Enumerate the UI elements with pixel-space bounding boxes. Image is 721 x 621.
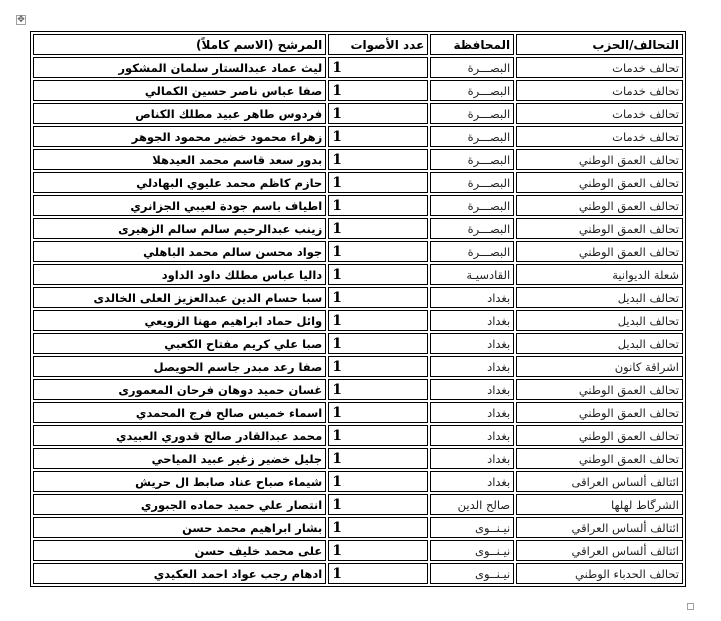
province-cell: نيـنــوى — [430, 540, 514, 561]
alliance-cell: الشرگاط لهلها — [516, 494, 683, 515]
votes-cell: 1 — [328, 57, 428, 78]
province-cell: بغداد — [430, 379, 514, 400]
table-move-handle-icon[interactable]: ✥ — [16, 15, 26, 25]
province-cell: بغداد — [430, 471, 514, 492]
name-cell: بدور سعد قاسم محمد العيدهلا — [33, 149, 326, 170]
table-row: تحالف العمق الوطنيالبصـــرة1حازم كاظم مح… — [33, 172, 683, 193]
table-row: اشراقة كانونبغداد1صفا رعد مبدر جاسم الحو… — [33, 356, 683, 377]
table-row: تحالف خدماتالبصـــرة1زهراء محمود خضير مح… — [33, 126, 683, 147]
table-row: تحالف العمق الوطنيبغداد1جليل خضير زغير ع… — [33, 448, 683, 469]
province-cell: البصـــرة — [430, 103, 514, 124]
alliance-cell: تحالف العمق الوطني — [516, 218, 683, 239]
province-cell: القادسيـة — [430, 264, 514, 285]
province-cell: بغداد — [430, 287, 514, 308]
name-cell: وائل حماد ابراهيم مهنا الزويعي — [33, 310, 326, 331]
alliance-cell: تحالف العمق الوطني — [516, 379, 683, 400]
province-cell: بغداد — [430, 448, 514, 469]
alliance-cell: تحالف خدمات — [516, 103, 683, 124]
name-cell: محمد عبدالقادر صالح قدوري العبيدي — [33, 425, 326, 446]
votes-cell: 1 — [328, 310, 428, 331]
alliance-cell: تحالف العمق الوطني — [516, 172, 683, 193]
alliance-cell: تحالف الحدباء الوطني — [516, 563, 683, 584]
votes-cell: 1 — [328, 425, 428, 446]
province-cell: بغداد — [430, 310, 514, 331]
province-cell: البصـــرة — [430, 241, 514, 262]
name-cell: حازم كاظم محمد عليوي البهادلي — [33, 172, 326, 193]
province-cell: البصـــرة — [430, 195, 514, 216]
votes-cell: 1 — [328, 80, 428, 101]
name-cell: شيماء صباح عناد صابط ال حريش — [33, 471, 326, 492]
province-cell: بغداد — [430, 402, 514, 423]
table-row: تحالف خدماتالبصـــرة1فردوس طاهر عبيد مطل… — [33, 103, 683, 124]
province-cell: البصـــرة — [430, 149, 514, 170]
alliance-cell: تحالف العمق الوطني — [516, 195, 683, 216]
alliance-cell: ائتالف ألساس العراقي — [516, 540, 683, 561]
votes-cell: 1 — [328, 195, 428, 216]
name-cell: على محمد خليف حسن — [33, 540, 326, 561]
alliance-cell: شعلة الديوانية — [516, 264, 683, 285]
province-cell: البصـــرة — [430, 126, 514, 147]
table-row: تحالف العمق الوطنيبغداد1محمد عبدالقادر ص… — [33, 425, 683, 446]
province-cell: نيـنــوى — [430, 517, 514, 538]
table-row: تحالف العمق الوطنيبغداد1اسماء خميس صالح … — [33, 402, 683, 423]
name-cell: ادهام رجب عواد احمد العكيدي — [33, 563, 326, 584]
votes-cell: 1 — [328, 540, 428, 561]
alliance-cell: تحالف العمق الوطني — [516, 425, 683, 446]
table-header-row: التحالف/الحزب المحافظة عدد الأصوات المرش… — [33, 34, 683, 55]
table-row: ائتالف ألساس العراقينيـنــوى1بشار ابراهي… — [33, 517, 683, 538]
alliance-cell: تحالف خدمات — [516, 57, 683, 78]
table-row: تحالف العمق الوطنيالبصـــرة1بدور سعد قاس… — [33, 149, 683, 170]
votes-cell: 1 — [328, 218, 428, 239]
province-cell: البصـــرة — [430, 80, 514, 101]
votes-cell: 1 — [328, 356, 428, 377]
table-row: الشرگاط لهلهاصالح الدين1انتصار علي حميد … — [33, 494, 683, 515]
province-cell: بغداد — [430, 425, 514, 446]
name-cell: فردوس طاهر عبيد مطلك الكناص — [33, 103, 326, 124]
province-cell: البصـــرة — [430, 57, 514, 78]
name-cell: داليا عباس مطلك داود الداود — [33, 264, 326, 285]
name-cell: بشار ابراهيم محمد حسن — [33, 517, 326, 538]
candidates-table: التحالف/الحزب المحافظة عدد الأصوات المرش… — [30, 31, 686, 587]
alliance-cell: تحالف العمق الوطني — [516, 241, 683, 262]
alliance-cell: تحالف البديل — [516, 310, 683, 331]
province-cell: بغداد — [430, 333, 514, 354]
alliance-cell: تحالف البديل — [516, 333, 683, 354]
votes-cell: 1 — [328, 287, 428, 308]
name-cell: جليل خضير زغير عبيد المياحي — [33, 448, 326, 469]
table-row: شعلة الديوانيةالقادسيـة1داليا عباس مطلك … — [33, 264, 683, 285]
name-cell: جواد محسن سالم محمد الباهلي — [33, 241, 326, 262]
alliance-cell: تحالف العمق الوطني — [516, 448, 683, 469]
table-row: ائتالف ألساس العراقينيـنــوى1على محمد خل… — [33, 540, 683, 561]
province-cell: البصـــرة — [430, 218, 514, 239]
alliance-cell: تحالف البديل — [516, 287, 683, 308]
votes-cell: 1 — [328, 333, 428, 354]
votes-cell: 1 — [328, 471, 428, 492]
province-cell: صالح الدين — [430, 494, 514, 515]
header-name: المرشح (الاسم كاملاً) — [33, 34, 326, 55]
table-row: تحالف خدماتالبصـــرة1صفا عباس ناصر حسين … — [33, 80, 683, 101]
name-cell: صفا عباس ناصر حسين الكمالي — [33, 80, 326, 101]
alliance-cell: تحالف خدمات — [516, 126, 683, 147]
name-cell: ليث عماد عبدالستار سلمان المشكور — [33, 57, 326, 78]
table-row: تحالف العمق الوطنيبغداد1غسان حميد دوهان … — [33, 379, 683, 400]
votes-cell: 1 — [328, 448, 428, 469]
votes-cell: 1 — [328, 103, 428, 124]
table-resize-handle-icon[interactable] — [687, 603, 694, 610]
name-cell: صفا رعد مبدر جاسم الحويصل — [33, 356, 326, 377]
name-cell: غسان حميد دوهان فرحان المعمورى — [33, 379, 326, 400]
name-cell: اطياف باسم جودة لعيبي الجزانري — [33, 195, 326, 216]
alliance-cell: اشراقة كانون — [516, 356, 683, 377]
name-cell: اسماء خميس صالح فرج المحمدي — [33, 402, 326, 423]
table-row: تحالف البديلبغداد1صبا علي كريم مفتاح الك… — [33, 333, 683, 354]
table-row: تحالف العمق الوطنيالبصـــرة1زينب عبدالرح… — [33, 218, 683, 239]
alliance-cell: تحالف العمق الوطني — [516, 402, 683, 423]
votes-cell: 1 — [328, 494, 428, 515]
table-row: تحالف البديلبغداد1سبا حسام الدين عبدالعز… — [33, 287, 683, 308]
table-row: تحالف العمق الوطنيالبصـــرة1اطياف باسم ج… — [33, 195, 683, 216]
votes-cell: 1 — [328, 264, 428, 285]
table-body: تحالف خدماتالبصـــرة1ليث عماد عبدالستار … — [33, 57, 683, 584]
votes-cell: 1 — [328, 126, 428, 147]
name-cell: سبا حسام الدين عبدالعزيز العلى الخالدى — [33, 287, 326, 308]
votes-cell: 1 — [328, 172, 428, 193]
province-cell: نيـنــوى — [430, 563, 514, 584]
table-row: تحالف الحدباء الوطنينيـنــوى1ادهام رجب ع… — [33, 563, 683, 584]
table-row: تحالف خدماتالبصـــرة1ليث عماد عبدالستار … — [33, 57, 683, 78]
votes-cell: 1 — [328, 379, 428, 400]
name-cell: زهراء محمود خضير محمود الجوهر — [33, 126, 326, 147]
province-cell: البصـــرة — [430, 172, 514, 193]
table-row: تحالف العمق الوطنيالبصـــرة1جواد محسن سا… — [33, 241, 683, 262]
alliance-cell: ائتالف ألساس العراقي — [516, 517, 683, 538]
table-row: ائتالف ألساس العراقىبغداد1شيماء صباح عنا… — [33, 471, 683, 492]
alliance-cell: تحالف العمق الوطني — [516, 149, 683, 170]
votes-cell: 1 — [328, 402, 428, 423]
table-row: تحالف البديلبغداد1وائل حماد ابراهيم مهنا… — [33, 310, 683, 331]
votes-cell: 1 — [328, 517, 428, 538]
alliance-cell: ائتالف ألساس العراقى — [516, 471, 683, 492]
votes-cell: 1 — [328, 149, 428, 170]
votes-cell: 1 — [328, 241, 428, 262]
votes-cell: 1 — [328, 563, 428, 584]
name-cell: زينب عبدالرحيم سالم سالم الزهيرى — [33, 218, 326, 239]
alliance-cell: تحالف خدمات — [516, 80, 683, 101]
name-cell: صبا علي كريم مفتاح الكعبي — [33, 333, 326, 354]
name-cell: انتصار علي حميد حماده الجبوري — [33, 494, 326, 515]
header-votes: عدد الأصوات — [328, 34, 428, 55]
header-alliance: التحالف/الحزب — [516, 34, 683, 55]
province-cell: بغداد — [430, 356, 514, 377]
header-province: المحافظة — [430, 34, 514, 55]
